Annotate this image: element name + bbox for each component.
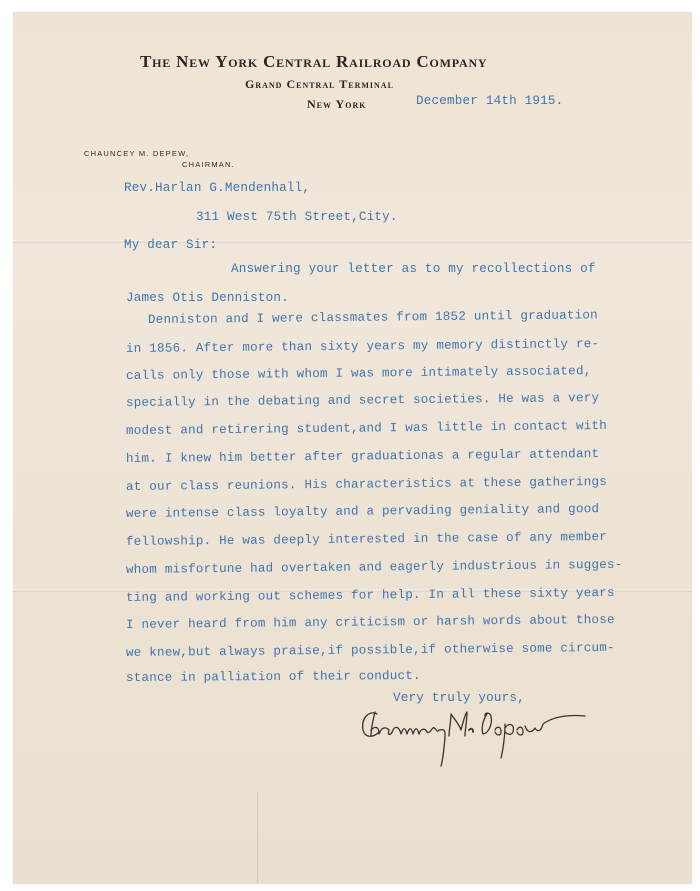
body-line: stance in palliation of their conduct.: [126, 669, 421, 685]
letter-date: December 14th 1915.: [416, 94, 563, 108]
letterhead-city: New York: [307, 97, 366, 112]
handwritten-signature: [355, 700, 615, 770]
body-line: Answering your letter as to my recollect…: [231, 262, 596, 276]
letterhead-company: The New York Central Railroad Company: [140, 52, 487, 72]
recipient-name: Rev.Harlan G.Mendenhall,: [124, 181, 310, 195]
fold-crease-upper: [13, 240, 692, 243]
recipient-address: 311 West 75th Street,City.: [196, 210, 398, 224]
officer-title: CHAIRMAN.: [182, 160, 235, 169]
body-line: James Otis Denniston.: [126, 291, 289, 305]
letterhead-terminal: Grand Central Terminal: [245, 77, 394, 92]
vertical-crease: [257, 792, 258, 884]
officer-name: CHAUNCEY M. DEPEW,: [84, 149, 189, 158]
salutation: My dear Sir:: [124, 238, 217, 252]
